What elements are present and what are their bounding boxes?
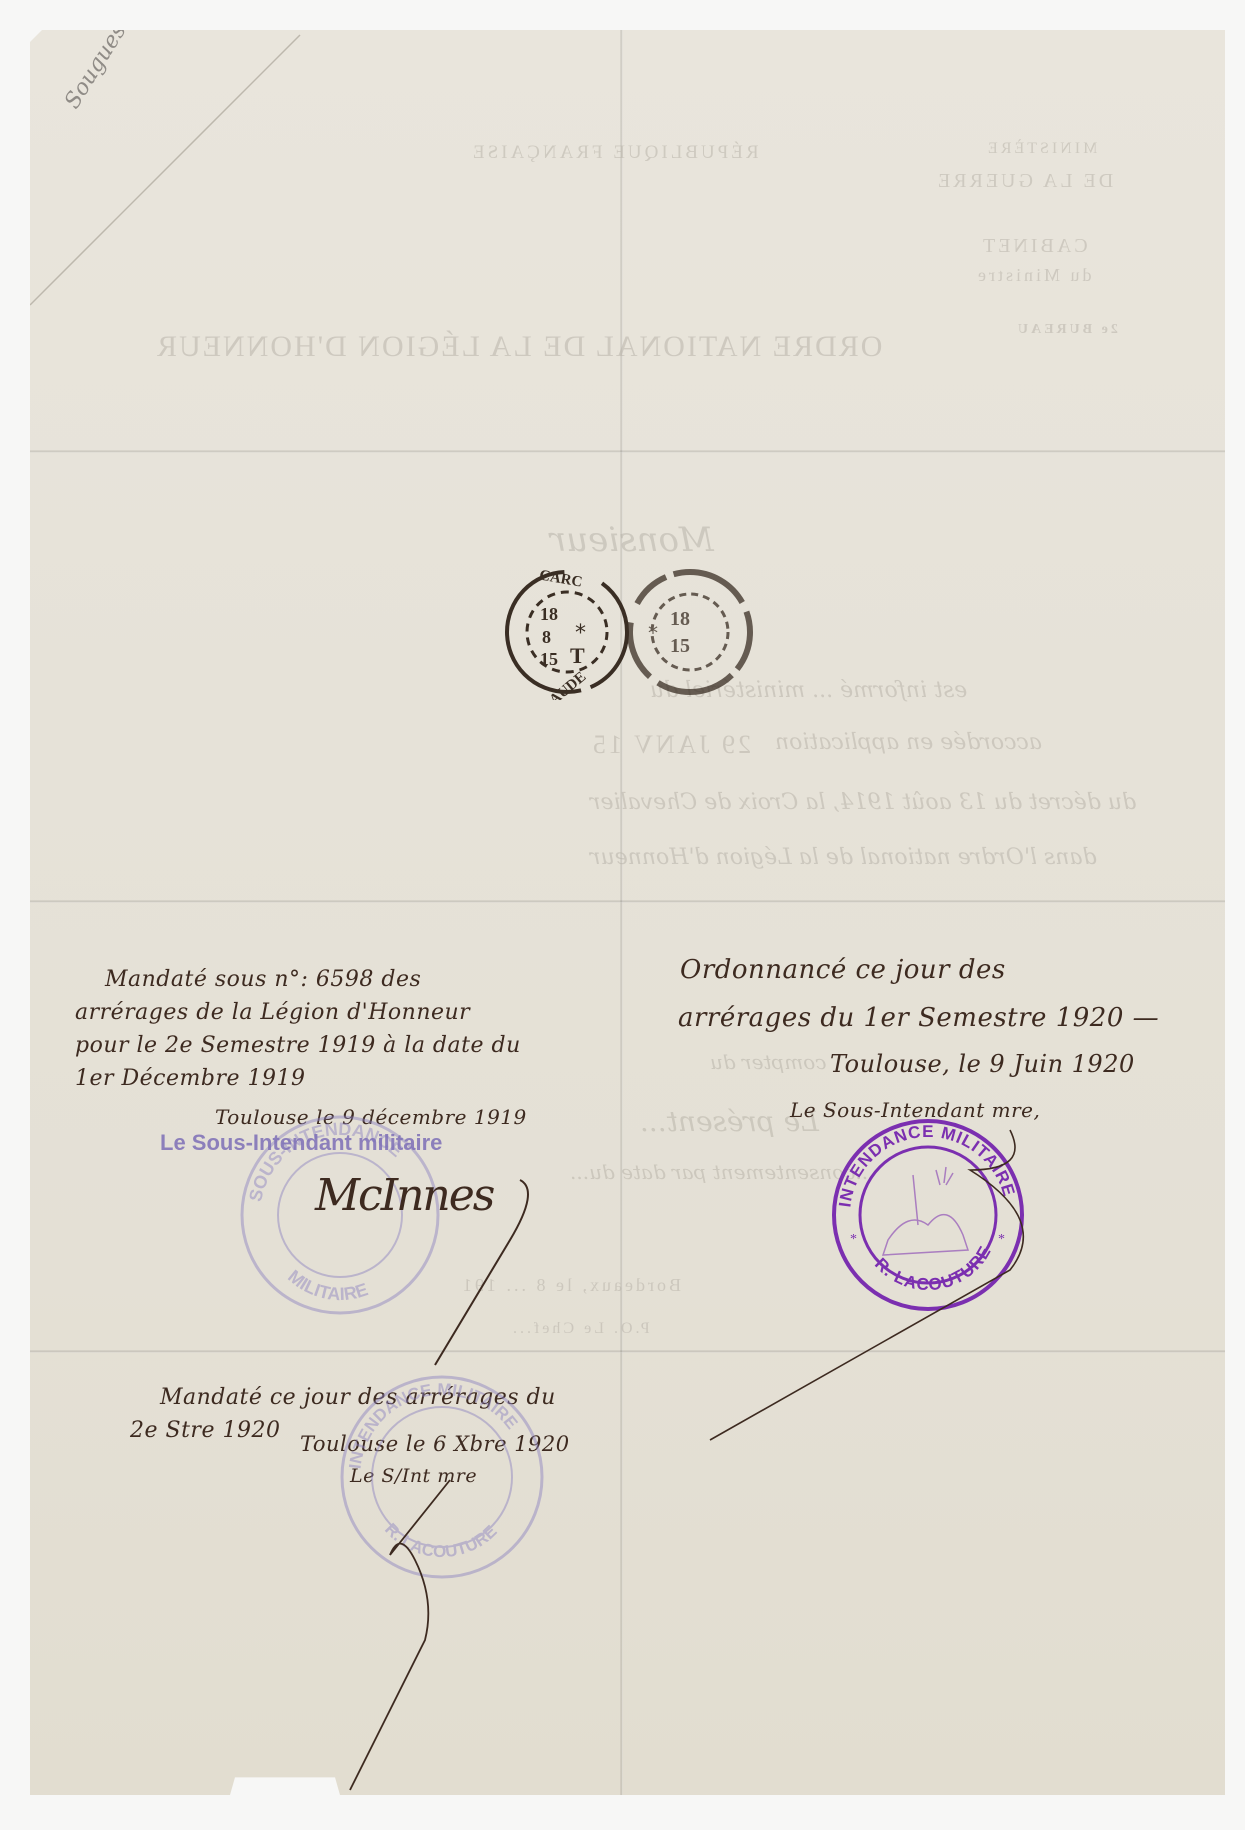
horizontal-fold-top	[30, 450, 1225, 453]
note-left-line-1: Mandaté sous n°: 6598 des	[105, 967, 421, 992]
svg-text:18: 18	[540, 604, 558, 624]
bleed-bureau: 2e BUREAU	[1015, 322, 1118, 338]
signature-stroke-lower	[330, 1470, 530, 1800]
bleed-cabinet-line2: du Ministre	[975, 265, 1092, 286]
postmark-carcassonne-1: 18 8 15 * T CARC AUDE	[500, 565, 635, 700]
vertical-fold	[620, 30, 623, 1795]
bleed-cabinet-line1: CABINET	[980, 235, 1088, 258]
note-right-line-2: arrérages du 1er Semestre 1920 —	[678, 1003, 1159, 1033]
note-lower-line-2: 2e Stre 1920	[130, 1418, 280, 1443]
svg-text:AUDE: AUDE	[546, 669, 589, 700]
bleed-line-2: 29 JANV 15	[590, 730, 751, 760]
pencil-signature: Sougues	[60, 19, 132, 113]
postmark-carcassonne-2: 18 15 *	[620, 560, 760, 705]
note-right-place-date: Toulouse, le 9 Juin 1920	[830, 1050, 1135, 1078]
svg-text:CARC: CARC	[538, 567, 583, 590]
signature-stroke-left-upper	[400, 1170, 550, 1370]
document-page: Sougues RÉPUBLIQUE FRANÇAISE MINISTÈRE D…	[30, 30, 1225, 1795]
bleed-order-title: ORDRE NATIONAL DE LA LÉGION D'HONNEUR	[155, 330, 882, 364]
svg-text:15: 15	[670, 635, 690, 657]
bleed-line-4: du décret du 13 août 1914, la Croix de C…	[590, 790, 1136, 815]
svg-text:*: *	[648, 621, 658, 645]
note-right-line-1: Ordonnancé ce jour des	[680, 955, 1006, 985]
bleed-ministry-line1: MINISTÈRE	[985, 140, 1097, 158]
note-left-line-4: 1er Décembre 1919	[75, 1066, 306, 1091]
svg-text:MILITAIRE: MILITAIRE	[284, 1266, 370, 1304]
bleed-line-3: accordée en application	[775, 730, 1042, 755]
note-left-line-3: pour le 2e Semestre 1919 à la date du	[75, 1033, 521, 1058]
horizontal-fold-middle	[30, 900, 1225, 903]
bleed-header-republic: RÉPUBLIQUE FRANÇAISE	[470, 142, 759, 164]
bleed-line-5: dans l'Ordre national de la Légion d'Hon…	[590, 845, 1097, 870]
bleed-line-6: compter du	[710, 1050, 826, 1074]
svg-text:15: 15	[540, 649, 558, 669]
svg-text:T: T	[570, 643, 585, 668]
svg-text:8: 8	[542, 627, 551, 647]
bleed-salutation: Monsieur	[550, 520, 714, 560]
signature-stroke-right	[590, 1110, 1110, 1470]
svg-text:18: 18	[670, 608, 690, 630]
bleed-ministry-line2: DE LA GUERRE	[935, 170, 1113, 193]
note-left-line-2: arrérages de la Légion d'Honneur	[75, 1000, 470, 1025]
rubber-stamp-sous-intendant: Le Sous-Intendant militaire	[160, 1130, 442, 1156]
